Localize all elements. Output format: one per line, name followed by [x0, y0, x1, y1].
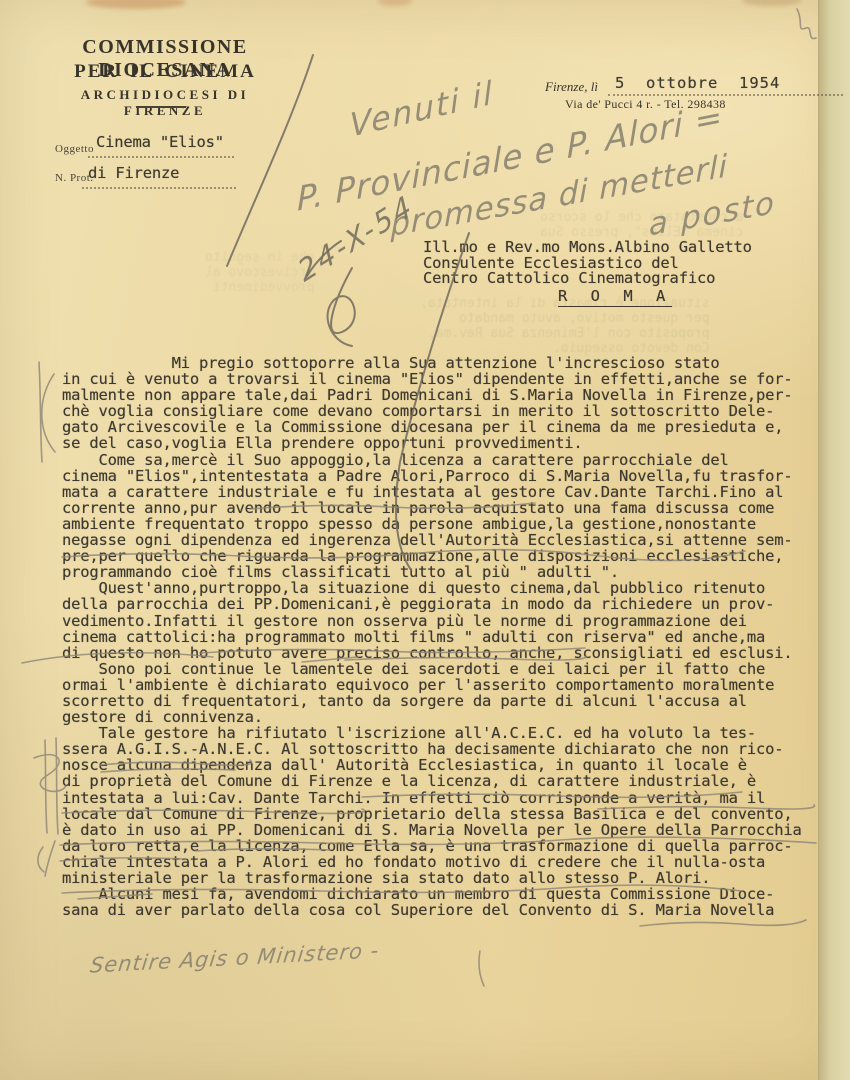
screenshot-root: { "colors": { "paper": "#ecd9a4", "typew… — [0, 0, 850, 1080]
date-dotted-line — [608, 93, 843, 96]
oggetto-value: Cinema "Elios" — [96, 133, 224, 151]
scan-edge-strip — [818, 0, 850, 1080]
recipient-address: Ill.mo e Rev.mo Mons.Albino Galletto Con… — [423, 240, 752, 287]
protocol-dotted-line — [82, 186, 236, 189]
letterhead-diocese: ARCHIDIOCESI DI FIRENZE — [40, 87, 290, 119]
date-place-label: Firenze, lì — [545, 79, 598, 95]
oggetto-dotted-line — [88, 155, 234, 158]
letterhead-org-name-2: PER IL CINEMA — [40, 61, 290, 83]
date-value: 5 ottobre 1954 — [615, 74, 780, 92]
oggetto-label: Oggetto — [55, 143, 94, 155]
recipient-city: R O M A — [558, 287, 672, 307]
protocol-value: di Firenze — [88, 164, 179, 182]
letterhead-rule — [136, 106, 186, 108]
letter-body: Mi pregio sottoporre alla Sua attenzione… — [62, 355, 802, 918]
